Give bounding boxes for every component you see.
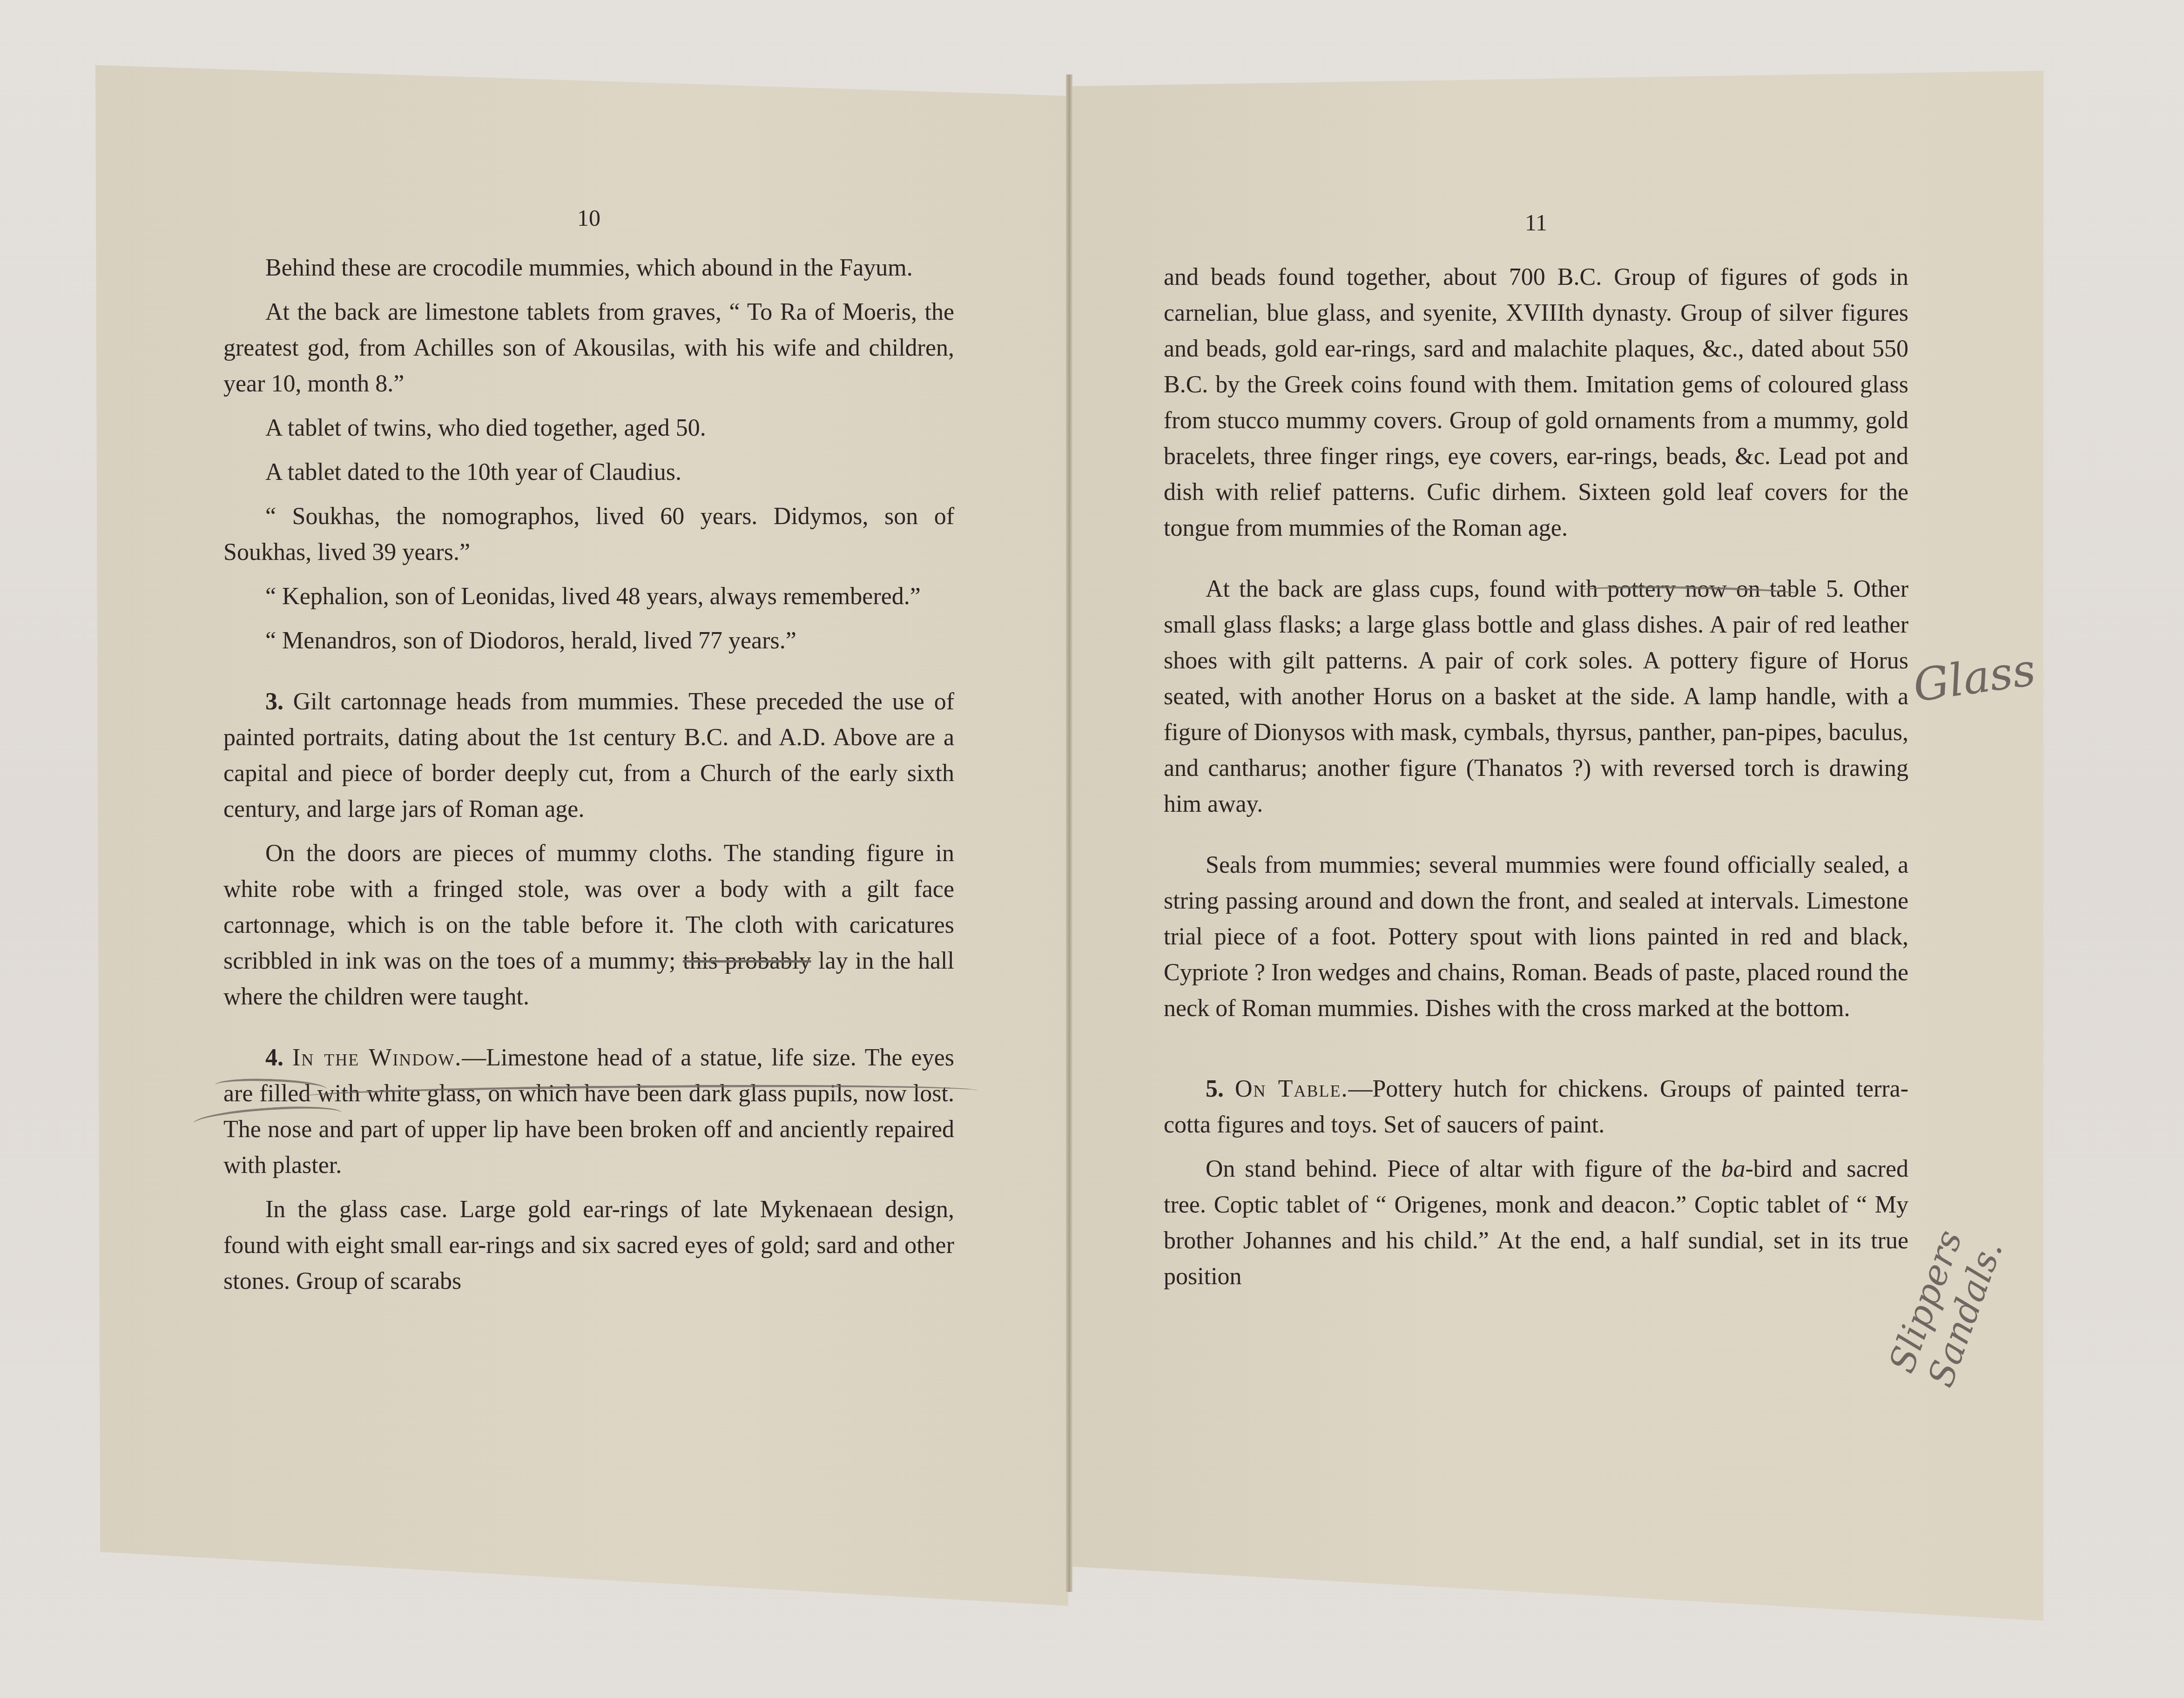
paragraph: At the back are limestone tablets from g… [223, 294, 954, 402]
left-page-text: 10 Behind these are crocodile mummies, w… [223, 200, 954, 1307]
text-span: from mummies of the Roman age. [1230, 515, 1568, 541]
section-number: 5. [1206, 1076, 1224, 1102]
section-number: 4. [265, 1044, 283, 1071]
section-text: Gilt cartonnage heads from mummies. Thes… [223, 688, 954, 822]
text-span: and beads found together, about 700 B.C.… [1164, 264, 1908, 505]
paragraph: and beads found together, about 700 B.C.… [1164, 259, 1908, 546]
page-number-right: 11 [1164, 205, 1908, 241]
paragraph: “ Soukhas, the nomographos, lived 60 yea… [223, 499, 954, 570]
text-span: On stand behind. Piece of altar with fig… [1206, 1156, 1721, 1182]
section-5: 5. On Table.—Pottery hutch for chickens.… [1164, 1071, 1908, 1143]
page-number-left: 10 [223, 200, 954, 236]
paragraph: A tablet of twins, who died together, ag… [223, 410, 954, 446]
paragraph: On stand behind. Piece of altar with fig… [1164, 1151, 1908, 1294]
paragraph: At the back are glass cups, found with p… [1164, 571, 1908, 822]
paragraph: “ Menandros, son of Diodoros, herald, li… [223, 623, 954, 659]
paragraph: Behind these are crocodile mummies, whic… [223, 250, 954, 286]
book-gutter [1066, 74, 1072, 1592]
paragraph: “ Kephalion, son of Leonidas, lived 48 y… [223, 579, 954, 614]
right-page-text: 11 and beads found together, about 700 B… [1164, 205, 1908, 1303]
section-3: 3. Gilt cartonnage heads from mummies. T… [223, 684, 954, 827]
doors-paragraph: On the doors are pieces of mummy cloths.… [223, 836, 954, 1015]
paragraph: Seals from mummies; several mummies were… [1164, 847, 1908, 1026]
paragraph: A tablet dated to the 10th year of Claud… [223, 454, 954, 490]
italic-text: ba [1721, 1156, 1745, 1182]
section-number: 3. [265, 688, 283, 715]
section-heading: In the Window. [292, 1044, 462, 1071]
paragraph: In the glass case. Large gold ear-rings … [223, 1192, 954, 1299]
section-heading: On Table. [1235, 1076, 1348, 1102]
struck-text: this probably [683, 948, 811, 974]
